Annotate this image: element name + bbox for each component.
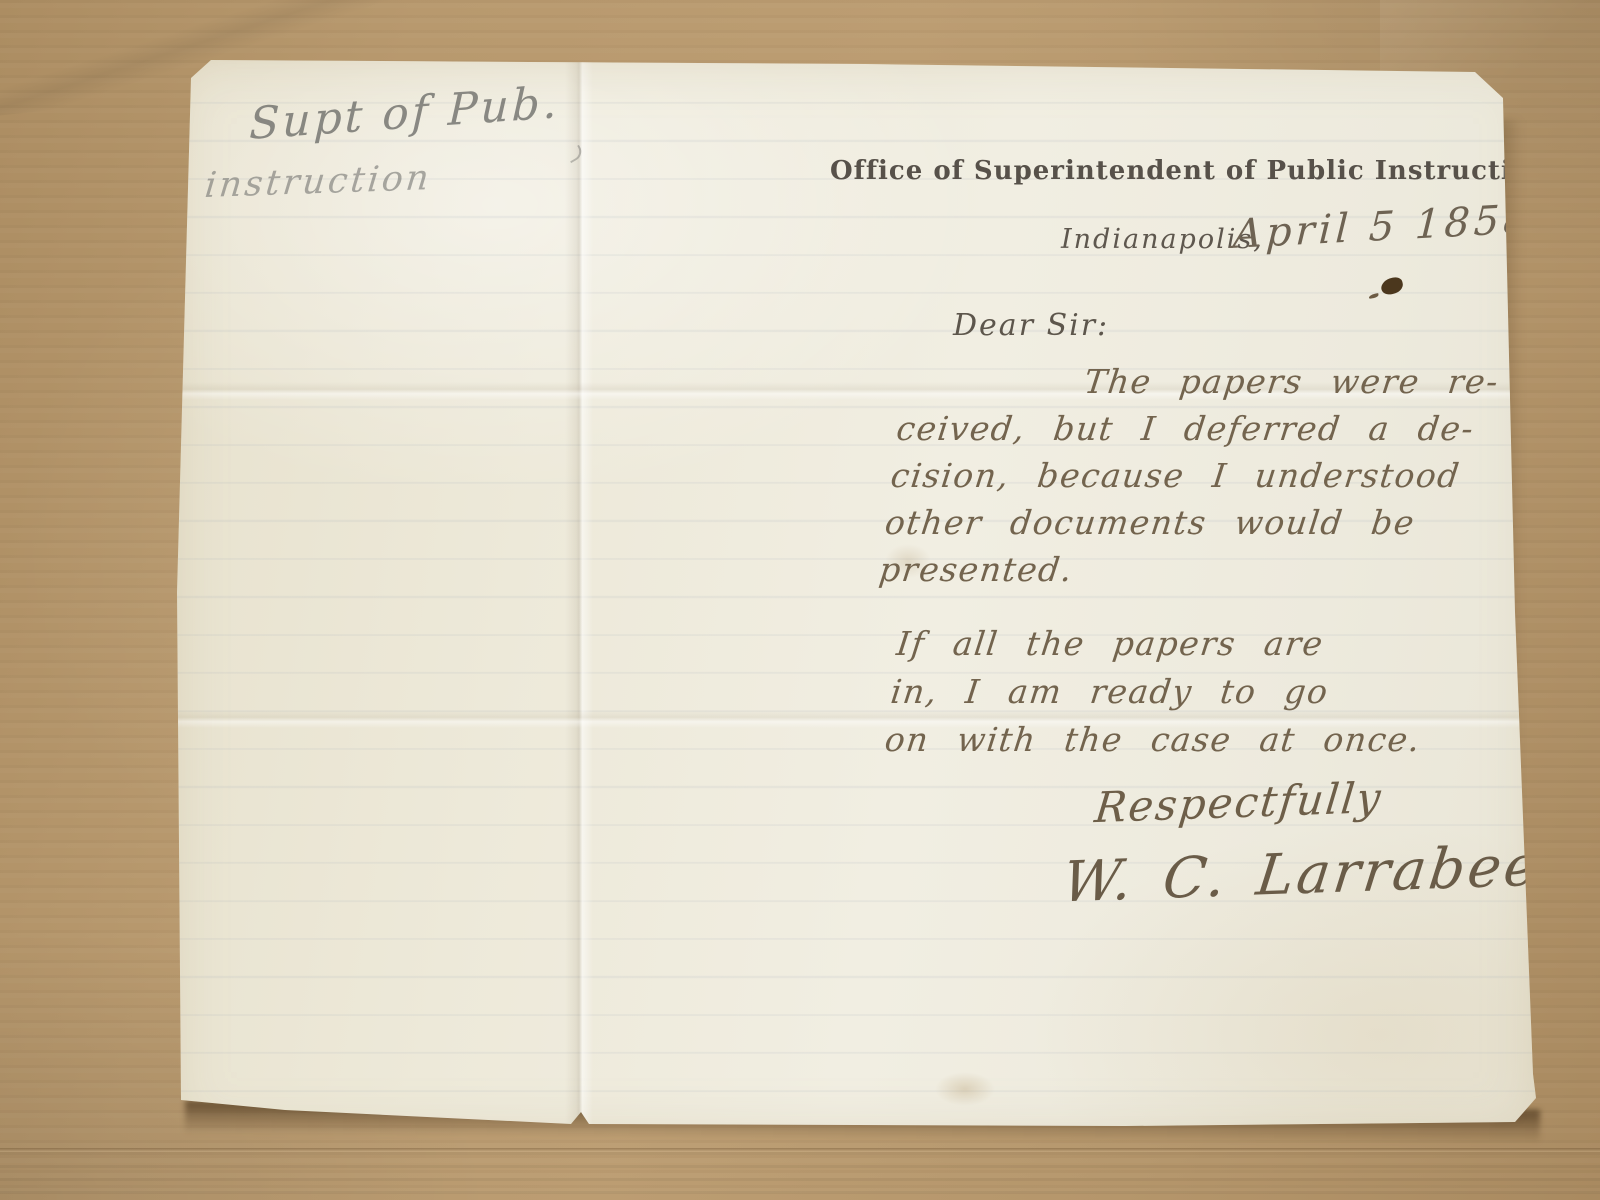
letterhead-title: Office of Superintendent of Public Instr… [830,156,1530,186]
body-line: presented. [877,546,1479,593]
cardboard-corrugation [0,1152,1600,1200]
body-line: cision, because I understood [888,452,1490,499]
body-line: in, I am ready to go [888,668,1430,716]
paper-stain [935,1072,995,1106]
salutation: Dear Sir: [953,308,1109,343]
pencil-annotation-line2: instruction [203,158,434,206]
photo-scene: Supt of Pub. instruction Office of Super… [0,0,1600,1200]
vertical-fold-crease [565,52,593,1144]
closing-respectfully: Respectfully [1093,773,1385,832]
body-paragraph-2: If all the papers are in, I am ready to … [882,620,1435,764]
body-line: on with the case at once. [882,716,1424,764]
body-line: ceived, but I deferred a de- [894,405,1496,452]
body-paragraph-1: The papers were re- ceived, but I deferr… [877,358,1502,593]
body-line: The papers were re- [1082,358,1502,405]
body-line: other documents would be [882,499,1484,546]
letter-paper-sheet: Supt of Pub. instruction Office of Super… [165,52,1545,1144]
body-line: If all the papers are [894,620,1436,668]
